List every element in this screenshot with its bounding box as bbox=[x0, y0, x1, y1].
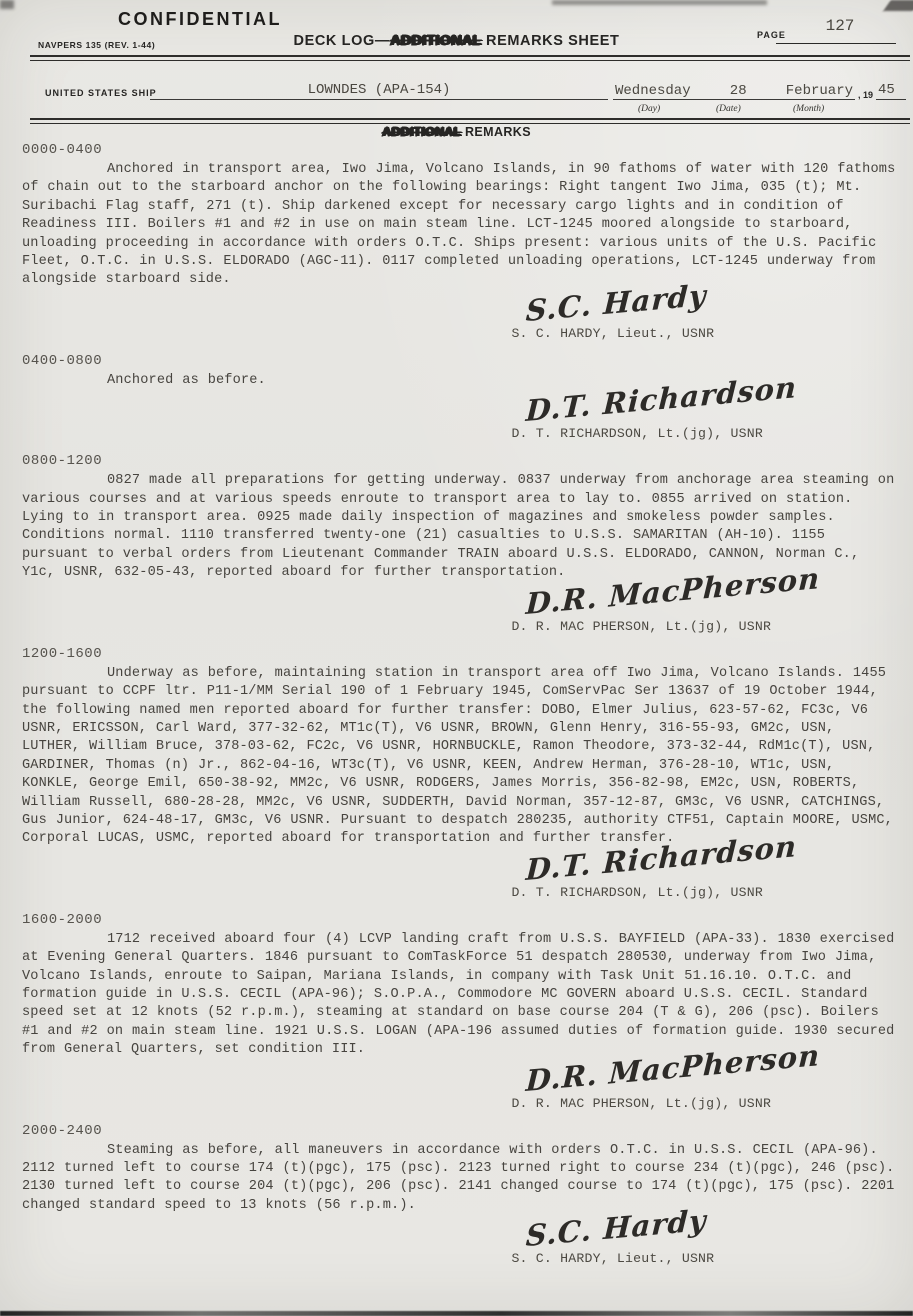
signature-block: D.R. MacPherson D. R. MAC PHERSON, Lt.(j… bbox=[511, 1064, 896, 1111]
signature-block: S.C. Hardy S. C. HARDY, Lieut., USNR bbox=[511, 1219, 896, 1266]
form-title-suffix: REMARKS SHEET bbox=[481, 33, 619, 49]
date-value: 28 bbox=[730, 83, 747, 99]
date-values: Wednesday 28 February bbox=[615, 83, 853, 99]
year-value: 45 bbox=[878, 82, 895, 98]
signature-typed-name: D. R. MAC PHERSON, Lt.(jg), USNR bbox=[511, 1096, 896, 1111]
signature-typed-name: S. C. HARDY, Lieut., USNR bbox=[511, 1251, 896, 1266]
signature-typed-name: D. R. MAC PHERSON, Lt.(jg), USNR bbox=[511, 619, 896, 634]
signature-block: S.C. Hardy S. C. HARDY, Lieut., USNR bbox=[511, 294, 896, 341]
form-header: CONFIDENTIAL PAGE 127 NAVPERS 135 (REV. … bbox=[0, 0, 913, 140]
month-value: February bbox=[786, 83, 853, 99]
signature-typed-name: S. C. HARDY, Lieut., USNR bbox=[511, 326, 896, 341]
remarks-heading: ADDITIONAL REMARKS bbox=[0, 125, 913, 139]
header-rule-bottom bbox=[30, 118, 910, 124]
log-entry-0400-0800: 0400-0800 Anchored as before. D.T. Richa… bbox=[22, 353, 896, 441]
watch-time-range: 0400-0800 bbox=[22, 353, 896, 369]
classification-stamp: CONFIDENTIAL bbox=[118, 9, 282, 30]
scan-artifact-bottom-edge bbox=[0, 1311, 913, 1316]
ship-name-underline bbox=[150, 99, 608, 100]
watch-time-range: 0000-0400 bbox=[22, 142, 896, 158]
log-entry-1600-2000: 1600-2000 1712 received aboard four (4) … bbox=[22, 912, 896, 1111]
log-entry-1200-1600: 1200-1600 Underway as before, maintainin… bbox=[22, 646, 896, 900]
ship-label: UNITED STATES SHIP bbox=[45, 88, 157, 98]
form-title: DECK LOG—ADDITIONAL REMARKS SHEET bbox=[0, 33, 913, 49]
day-value: Wednesday bbox=[615, 83, 691, 99]
remarks-heading-overstruck-word: ADDITIONAL bbox=[382, 125, 461, 139]
date-caption: (Date) bbox=[716, 104, 741, 114]
deck-log-page: CONFIDENTIAL PAGE 127 NAVPERS 135 (REV. … bbox=[0, 0, 913, 1316]
entry-text: Underway as before, maintaining station … bbox=[22, 665, 896, 849]
signature-block: D.T. Richardson D. T. RICHARDSON, Lt.(jg… bbox=[511, 853, 896, 900]
watch-time-range: 2000-2400 bbox=[22, 1123, 896, 1139]
remarks-heading-rest: REMARKS bbox=[461, 125, 531, 139]
year-prefix: , 19 bbox=[858, 90, 873, 100]
header-rule-top bbox=[30, 55, 910, 61]
day-caption: (Day) bbox=[638, 104, 660, 114]
ship-name: LOWNDES (APA-154) bbox=[150, 82, 608, 98]
month-caption: (Month) bbox=[793, 104, 824, 114]
signature-block: D.T. Richardson D. T. RICHARDSON, Lt.(jg… bbox=[511, 394, 896, 441]
signature-typed-name: D. T. RICHARDSON, Lt.(jg), USNR bbox=[511, 426, 896, 441]
year-underline bbox=[876, 99, 906, 100]
entry-text: Anchored in transport area, Iwo Jima, Vo… bbox=[22, 161, 896, 290]
watch-time-range: 1600-2000 bbox=[22, 912, 896, 928]
log-entry-0800-1200: 0800-1200 0827 made all preparations for… bbox=[22, 453, 896, 633]
form-title-prefix: DECK LOG— bbox=[294, 33, 390, 49]
log-entry-2000-2400: 2000-2400 Steaming as before, all maneuv… bbox=[22, 1123, 896, 1267]
watch-time-range: 0800-1200 bbox=[22, 453, 896, 469]
watch-time-range: 1200-1600 bbox=[22, 646, 896, 662]
date-underline bbox=[613, 99, 855, 100]
signature-block: D.R. MacPherson D. R. MAC PHERSON, Lt.(j… bbox=[511, 587, 896, 634]
entry-text: 1712 received aboard four (4) LCVP landi… bbox=[22, 931, 896, 1060]
form-title-overstruck-word: ADDITIONAL bbox=[390, 33, 481, 49]
signature-typed-name: D. T. RICHARDSON, Lt.(jg), USNR bbox=[511, 885, 896, 900]
log-entries: 0000-0400 Anchored in transport area, Iw… bbox=[22, 142, 896, 1278]
log-entry-0000-0400: 0000-0400 Anchored in transport area, Iw… bbox=[22, 142, 896, 341]
entry-text: Steaming as before, all maneuvers in acc… bbox=[22, 1142, 896, 1216]
